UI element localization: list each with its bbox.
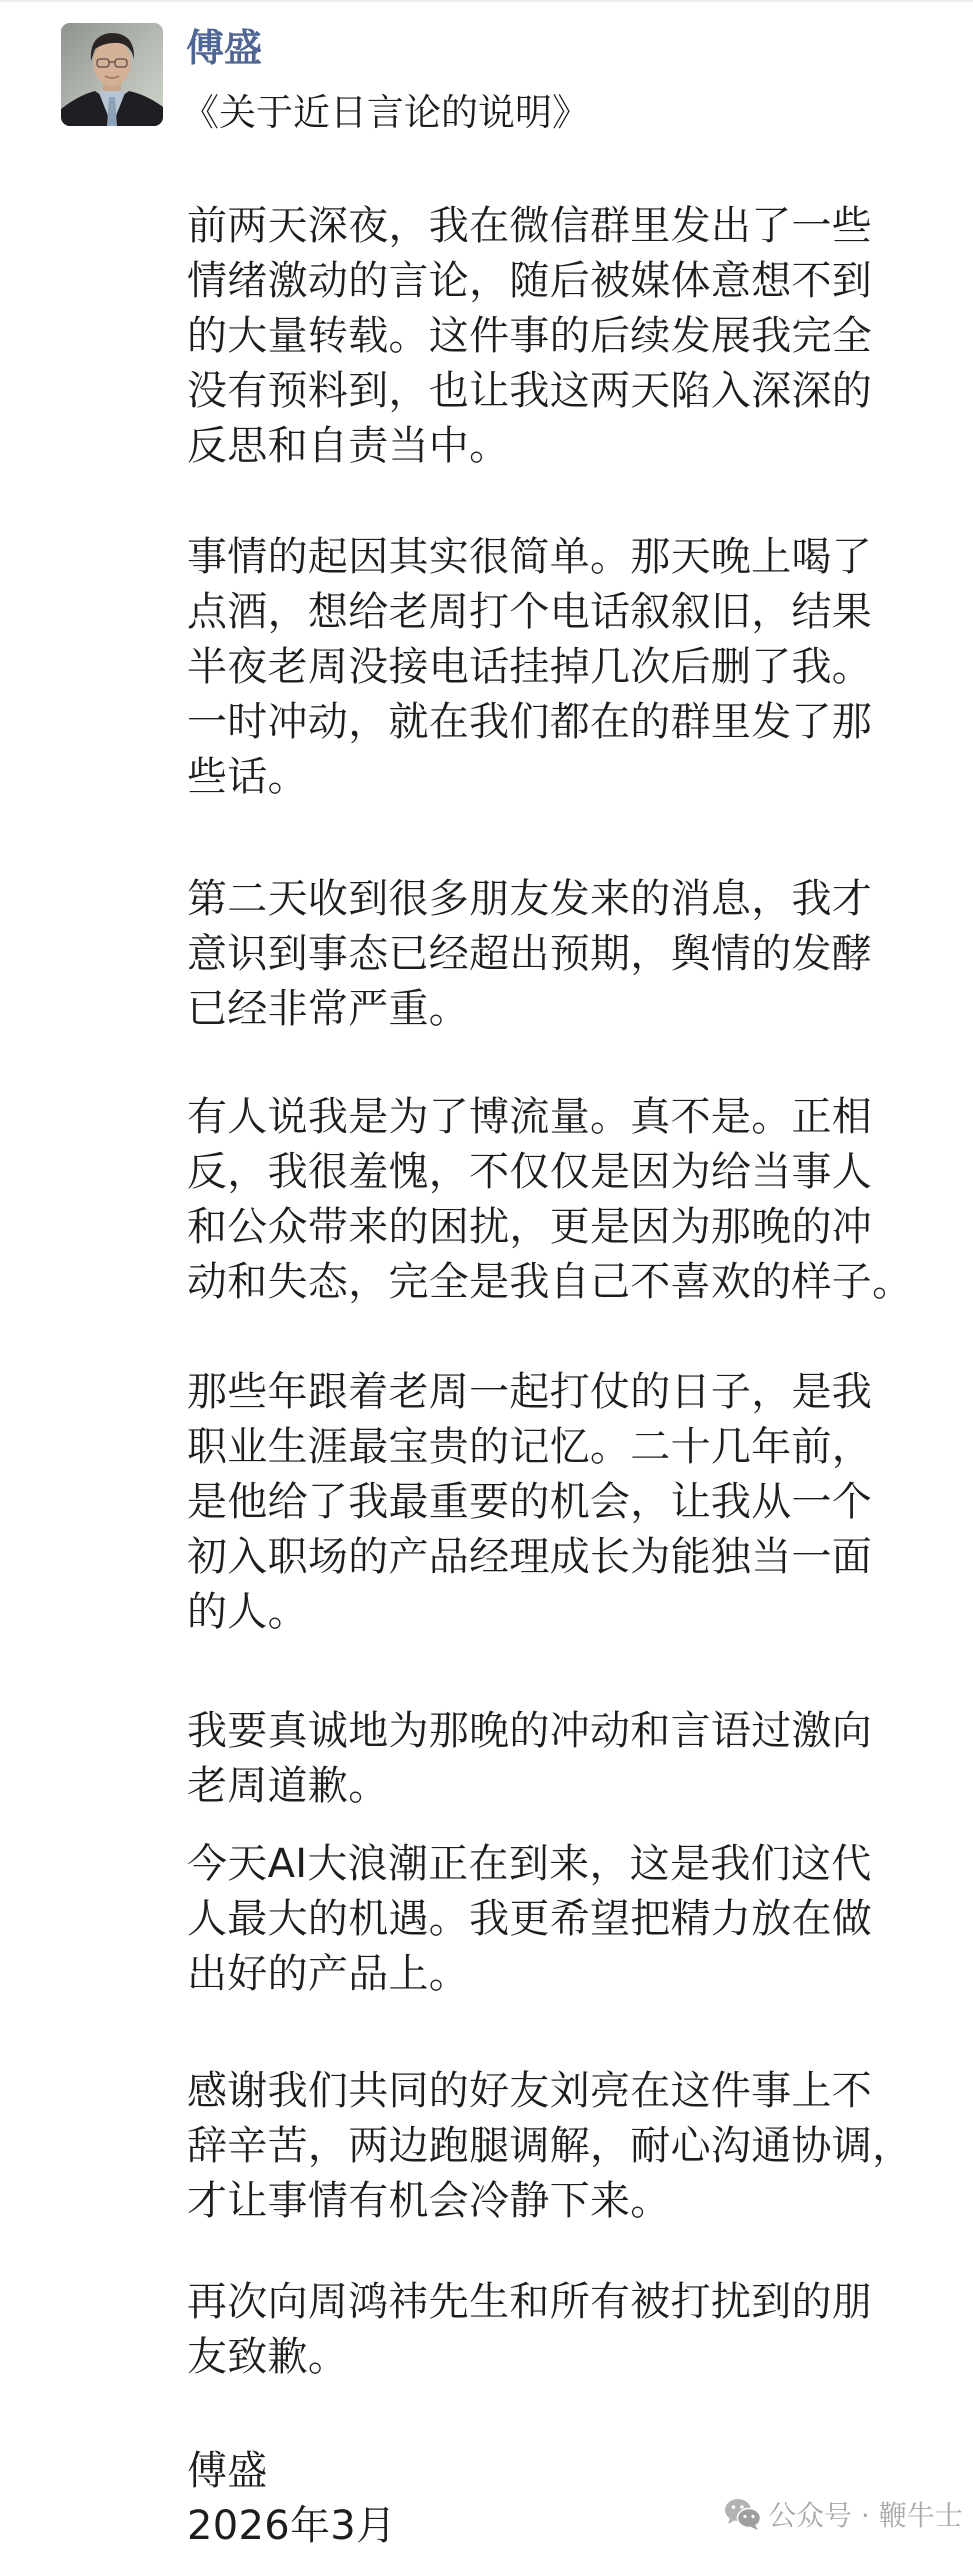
paragraph-line: 前两天深夜，我在微信群里发出了一些: [187, 199, 872, 254]
signature-date: 2026年3月: [187, 2499, 396, 2554]
paragraph-line: 半夜老周没接电话挂掉几次后删了我。: [187, 640, 872, 695]
body-paragraph: 那些年跟着老周一起打仗的日子，是我职业生涯最宝贵的记忆。二十几年前，是他给了我最…: [187, 1365, 872, 1640]
paragraph-line: 今天AI大浪潮正在到来，这是我们这代: [187, 1837, 872, 1892]
paragraph-line: 动和失态，完全是我自己不喜欢的样子。: [187, 1255, 912, 1310]
paragraph-line: 职业生涯最宝贵的记忆。二十几年前，: [187, 1420, 872, 1475]
wechat-icon: [724, 2497, 762, 2531]
top-edge-divider: [0, 0, 973, 3]
body-paragraph: 今天AI大浪潮正在到来，这是我们这代人最大的机遇。我更希望把精力放在做出好的产品…: [187, 1837, 872, 2002]
post-title: 《关于近日言论的说明》: [182, 88, 589, 138]
body-paragraph: 再次向周鸿祎先生和所有被打扰到的朋友致歉。: [187, 2275, 872, 2385]
paragraph-line: 的大量转载。这件事的后续发展我完全: [187, 309, 872, 364]
paragraph-line: 意识到事态已经超出预期，舆情的发酵: [187, 927, 872, 982]
body-paragraph: 前两天深夜，我在微信群里发出了一些情绪激动的言论，随后被媒体意想不到的大量转载。…: [187, 199, 872, 474]
signature-block: 傅盛 2026年3月: [187, 2444, 396, 2554]
author-avatar[interactable]: [61, 23, 163, 126]
paragraph-line: 没有预料到，也让我这两天陷入深深的: [187, 364, 872, 419]
paragraph-line: 初入职场的产品经理成长为能独当一面: [187, 1530, 872, 1585]
paragraph-line: 老周道歉。: [187, 1759, 872, 1814]
paragraph-line: 事情的起因其实很简单。那天晚上喝了: [187, 530, 872, 585]
body-paragraph: 感谢我们共同的好友刘亮在这件事上不辞辛苦，两边跑腿调解，耐心沟通协调，才让事情有…: [187, 2064, 912, 2229]
paragraph-line: 友致歉。: [187, 2330, 872, 2385]
paragraph-line: 才让事情有机会冷静下来。: [187, 2174, 912, 2229]
paragraph-line: 反，我很羞愧，不仅仅是因为给当事人: [187, 1145, 912, 1200]
paragraph-line: 已经非常严重。: [187, 982, 872, 1037]
paragraph-line: 感谢我们共同的好友刘亮在这件事上不: [187, 2064, 912, 2119]
paragraph-line: 辞辛苦，两边跑腿调解，耐心沟通协调，: [187, 2119, 912, 2174]
watermark-text: 公众号 · 鞭牛士: [768, 2494, 963, 2534]
paragraph-line: 情绪激动的言论，随后被媒体意想不到: [187, 254, 872, 309]
paragraph-line: 和公众带来的困扰，更是因为那晚的冲: [187, 1200, 912, 1255]
paragraph-line: 点酒，想给老周打个电话叙叙旧，结果: [187, 585, 872, 640]
paragraph-line: 些话。: [187, 750, 872, 805]
body-paragraph: 有人说我是为了博流量。真不是。正相反，我很羞愧，不仅仅是因为给当事人和公众带来的…: [187, 1090, 912, 1310]
body-paragraph: 事情的起因其实很简单。那天晚上喝了点酒，想给老周打个电话叙叙旧，结果半夜老周没接…: [187, 530, 872, 805]
body-paragraph: 我要真诚地为那晚的冲动和言语过激向老周道歉。: [187, 1704, 872, 1814]
portrait-image: [61, 23, 163, 126]
signature-name: 傅盛: [187, 2444, 396, 2499]
body-paragraph: 第二天收到很多朋友发来的消息，我才意识到事态已经超出预期，舆情的发酵已经非常严重…: [187, 872, 872, 1037]
paragraph-line: 的人。: [187, 1585, 872, 1640]
paragraph-line: 再次向周鸿祎先生和所有被打扰到的朋: [187, 2275, 872, 2330]
paragraph-line: 反思和自责当中。: [187, 419, 872, 474]
paragraph-line: 一时冲动，就在我们都在的群里发了那: [187, 695, 872, 750]
author-name[interactable]: 傅盛: [186, 22, 262, 74]
paragraph-line: 出好的产品上。: [187, 1947, 872, 2002]
paragraph-line: 我要真诚地为那晚的冲动和言语过激向: [187, 1704, 872, 1759]
paragraph-line: 有人说我是为了博流量。真不是。正相: [187, 1090, 912, 1145]
paragraph-line: 第二天收到很多朋友发来的消息，我才: [187, 872, 872, 927]
paragraph-line: 那些年跟着老周一起打仗的日子，是我: [187, 1365, 872, 1420]
watermark: 公众号 · 鞭牛士: [724, 2494, 963, 2534]
paragraph-line: 人最大的机遇。我更希望把精力放在做: [187, 1892, 872, 1947]
paragraph-line: 是他给了我最重要的机会，让我从一个: [187, 1475, 872, 1530]
